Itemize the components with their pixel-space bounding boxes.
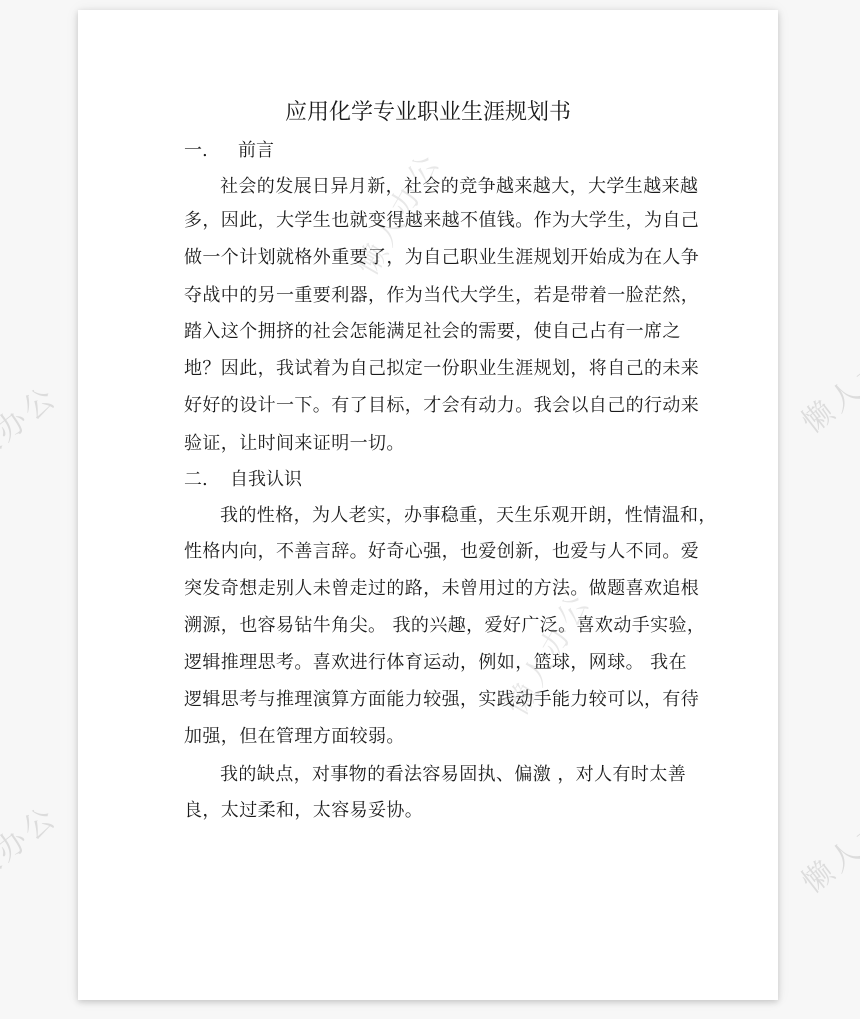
section-number: 二. bbox=[184, 469, 230, 491]
text-line: 踏入这个拥挤的社会怎能满足社会的需要，使自己占有一席之 bbox=[184, 321, 681, 343]
watermark: 懒人办公 bbox=[0, 373, 65, 491]
section-title: 前言 bbox=[238, 140, 274, 161]
section-number: 一. bbox=[184, 140, 230, 162]
text-line: 地？因此，我试着为自己拟定一份职业生涯规划，将自己的未来 bbox=[184, 358, 699, 380]
text-line: 逻辑推理思考。喜欢进行体育运动，例如，篮球，网球。 我在 bbox=[184, 652, 687, 674]
text-line: 加强，但在管理方面较弱。 bbox=[184, 726, 405, 748]
watermark: 懒人办公 bbox=[791, 323, 860, 441]
text-line: 良，太过柔和，太容易妥协。 bbox=[184, 800, 423, 822]
text-line: 夺战中的另一重要利器，作为当代大学生，若是带着一脸茫然， bbox=[184, 285, 699, 307]
text-line: 逻辑思考与推理演算方面能力较强，实践动手能力较可以，有待 bbox=[184, 689, 699, 711]
watermark: 懒人办公 bbox=[0, 793, 65, 911]
document-title: 应用化学专业职业生涯规划书 bbox=[78, 100, 778, 126]
text-line: 突发奇想走别人未曾走过的路，未曾用过的方法。做题喜欢追根 bbox=[184, 578, 699, 600]
text-line: 验证，让时间来证明一切。 bbox=[184, 433, 405, 455]
text-line: 性格内向，不善言辞。好奇心强，也爱创新，也爱与人不同。爱 bbox=[184, 541, 699, 563]
text-line: 我的缺点，对事物的看法容易固执、偏激 ，对人有时太善 bbox=[220, 764, 686, 786]
section-title: 自我认识 bbox=[230, 469, 302, 490]
document-page: 懒人办公 懒人办公 应用化学专业职业生涯规划书 一.前言 社会的发展日异月新，社… bbox=[78, 10, 778, 1000]
text-line: 我的性格，为人老实，办事稳重，天生乐观开朗，性情温和， bbox=[220, 505, 717, 527]
text-line: 做一个计划就格外重要了，为自己职业生涯规划开始成为在人争 bbox=[184, 247, 699, 269]
text-line: 好好的设计一下。有了目标，才会有动力。我会以自己的行动来 bbox=[184, 395, 699, 417]
text-line: 多，因此，大学生也就变得越来越不值钱。作为大学生，为自己 bbox=[184, 210, 699, 232]
watermark: 懒人办公 bbox=[791, 783, 860, 901]
text-line: 溯源，也容易钻牛角尖。 我的兴趣，爱好广泛。喜欢动手实验， bbox=[184, 615, 705, 637]
text-line: 社会的发展日异月新，社会的竞争越来越大，大学生越来越 bbox=[220, 176, 698, 198]
section-heading: 一.前言 bbox=[184, 140, 274, 162]
section-heading: 二.自我认识 bbox=[184, 469, 302, 491]
